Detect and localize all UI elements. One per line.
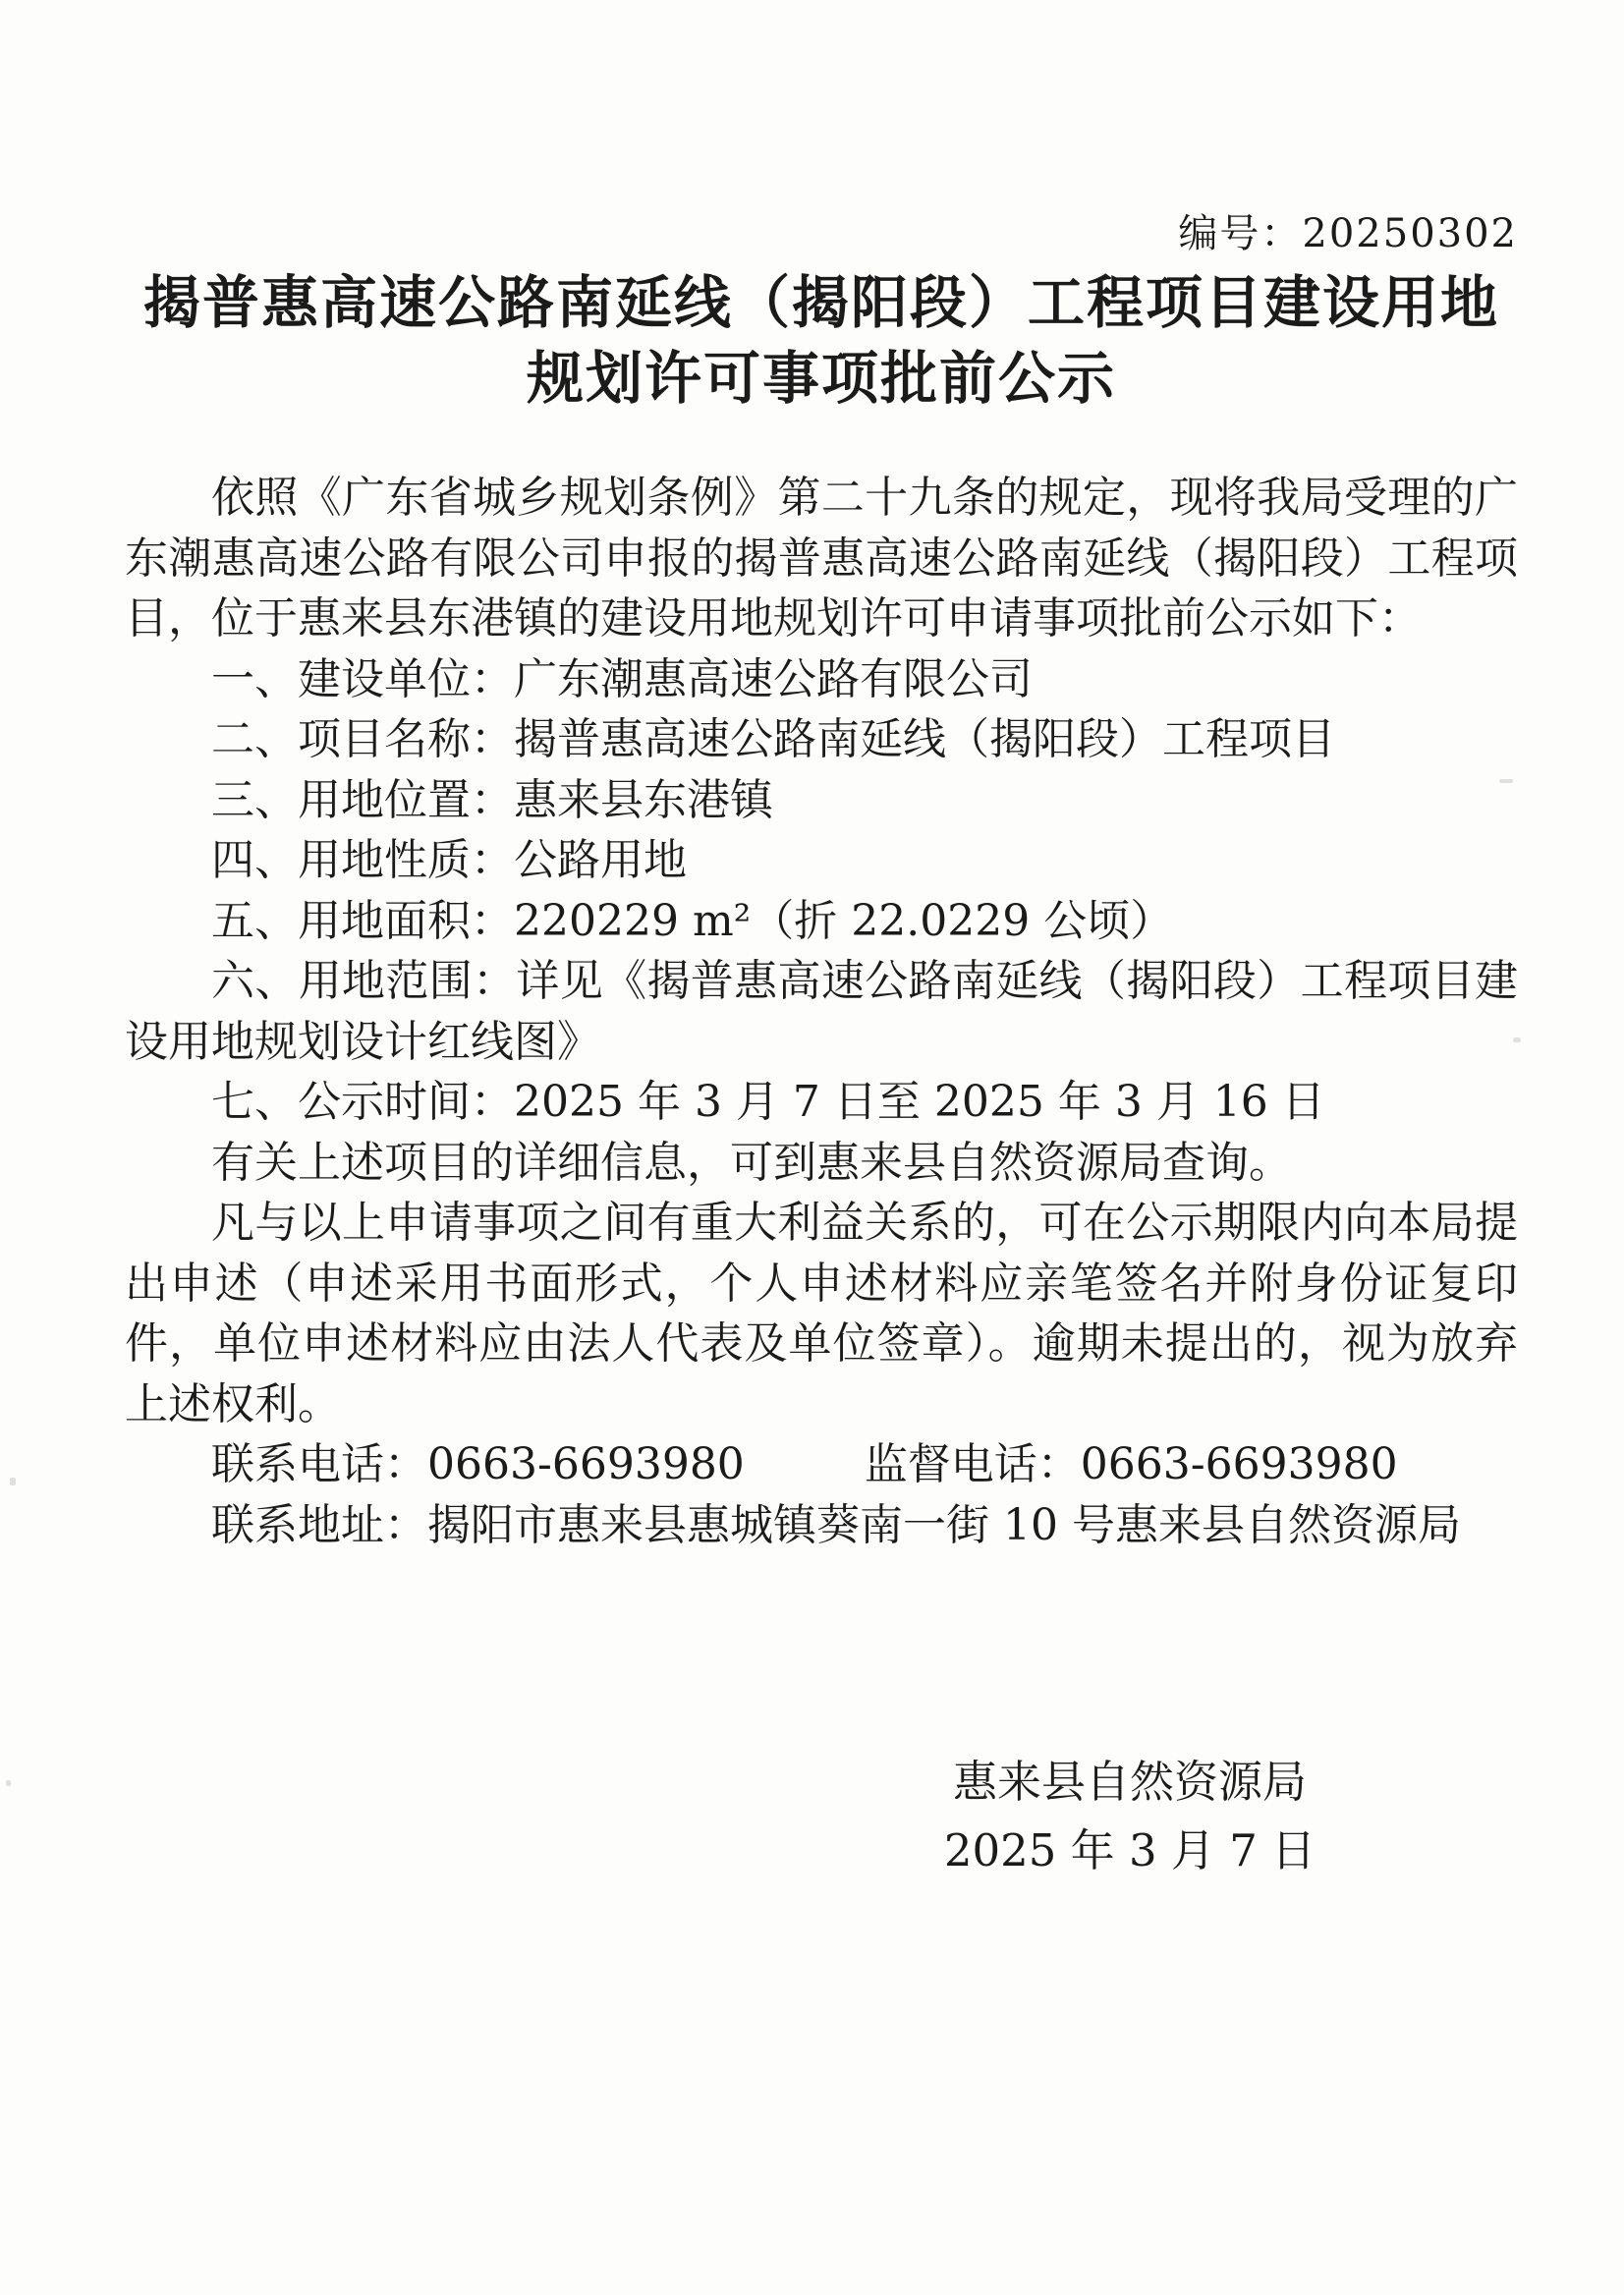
phone-line: 联系电话：0663-6693980监督电话：0663-6693980 [125,1434,1518,1495]
notice-item-2: 二、项目名称：揭普惠高速公路南延线（揭阳段）工程项目 [125,709,1518,770]
scan-speck [1499,779,1513,783]
scan-speck [1513,1037,1521,1042]
contact-phone: 联系电话：0663-6693980 [211,1439,745,1489]
issue-date: 2025 年 3 月 7 日 [776,1817,1484,1885]
document-title-line1: 揭普惠高速公路南延线（揭阳段）工程项目建设用地 [125,265,1518,341]
page-content: 编号：20250302 揭普惠高速公路南延线（揭阳段）工程项目建设用地 规划许可… [125,0,1518,1885]
document-title: 揭普惠高速公路南延线（揭阳段）工程项目建设用地 规划许可事项批前公示 [125,265,1518,417]
scanned-notice-page: 编号：20250302 揭普惠高速公路南延线（揭阳段）工程项目建设用地 规划许可… [0,0,1624,2295]
notice-body: 依照《广东省城乡规划条例》第二十九条的规定，现将我局受理的广东潮惠高速公路有限公… [125,468,1518,1555]
scan-speck [10,1478,16,1485]
notice-item-6: 六、用地范围：详见《揭普惠高速公路南延线（揭阳段）工程项目建设用地规划设计红线图… [125,951,1518,1072]
issuer-name: 惠来县自然资源局 [776,1748,1484,1817]
notice-item-3: 三、用地位置：惠来县东港镇 [125,770,1518,831]
signature-block: 惠来县自然资源局 2025 年 3 月 7 日 [776,1748,1484,1885]
scan-speck [6,1780,11,1786]
intro-paragraph: 依照《广东省城乡规划条例》第二十九条的规定，现将我局受理的广东潮惠高速公路有限公… [125,468,1518,649]
notice-item-5: 五、用地面积：220229 m²（折 22.0229 公顷） [125,891,1518,952]
info-paragraph: 有关上述项目的详细信息，可到惠来县自然资源局查询。 [125,1133,1518,1194]
document-title-line2: 规划许可事项批前公示 [125,341,1518,417]
notice-item-1: 一、建设单位：广东潮惠高速公路有限公司 [125,649,1518,710]
supervision-phone: 监督电话：0663-6693980 [865,1439,1398,1489]
objection-paragraph: 凡与以上申请事项之间有重大利益关系的，可在公示期限内向本局提出申述（申述采用书面… [125,1193,1518,1434]
notice-item-7: 七、公示时间：2025 年 3 月 7 日至 2025 年 3 月 16 日 [125,1072,1518,1133]
doc-number: 编号：20250302 [125,208,1518,259]
notice-item-4: 四、用地性质：公路用地 [125,830,1518,891]
contact-address: 联系地址：揭阳市惠来县惠城镇葵南一街 10 号惠来县自然资源局 [125,1495,1518,1556]
